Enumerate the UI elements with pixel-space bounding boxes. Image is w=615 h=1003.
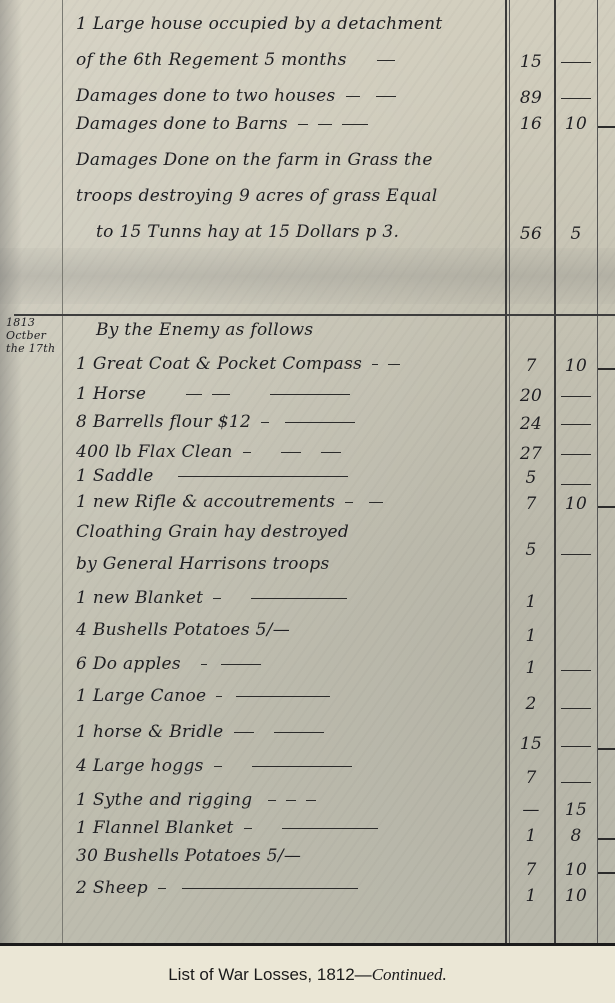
entry-text: 1 Sythe and rigging bbox=[76, 790, 316, 810]
entry-text: troops destroying 9 acres of grass Equal bbox=[76, 186, 438, 206]
entry-text-line: 1 Large Canoe bbox=[76, 686, 206, 706]
entry-text: by General Harrisons troops bbox=[76, 554, 329, 574]
entry-cents bbox=[556, 414, 596, 434]
entry-dollars: 1 bbox=[509, 886, 553, 906]
fold-shadow bbox=[0, 248, 615, 304]
entry-text: Damages Done on the farm in Grass the bbox=[76, 150, 433, 170]
entry-cents bbox=[556, 474, 596, 494]
continuation-dash bbox=[598, 838, 615, 840]
entry-text: 8 Barrells flour $12 bbox=[76, 412, 355, 432]
entry-text-line: 1 new Rifle & accoutrements bbox=[76, 492, 335, 512]
entry-text: to 15 Tunns hay at 15 Dollars p 3. bbox=[96, 222, 399, 242]
entry-cents: 15 bbox=[556, 800, 596, 820]
margin-date: 1813 Octber the 17th bbox=[6, 316, 62, 355]
entry-text-line: 1 horse & Bridle bbox=[76, 722, 224, 742]
entry-cents: 10 bbox=[556, 356, 596, 376]
entry-dollars: 20 bbox=[509, 386, 553, 406]
entry-dollars: 56 bbox=[509, 224, 553, 244]
entry-dollars: 1 bbox=[509, 626, 553, 646]
entry-text-line: Damages done to Barns bbox=[76, 114, 288, 134]
entry-cents bbox=[556, 698, 596, 718]
entry-text: 400 lb Flax Clean bbox=[76, 442, 341, 462]
entry-dollars: 7 bbox=[509, 860, 553, 880]
continuation-dash bbox=[598, 872, 615, 874]
section-heading: By the Enemy as follows bbox=[96, 320, 313, 340]
entry-text: 1 Large house occupied by a detachment bbox=[76, 14, 443, 34]
entry-text-line: 30 Bushells Potatoes 5/— bbox=[76, 846, 301, 866]
entry-dollars: 24 bbox=[509, 414, 553, 434]
entry-text-line: 4 Large hoggs bbox=[76, 756, 204, 776]
entry-cents: 10 bbox=[556, 886, 596, 906]
entry-text: of the 6th Regement 5 months bbox=[76, 50, 395, 70]
entry-text: 1 Flannel Blanket bbox=[76, 818, 378, 838]
entry-dollars: 5 bbox=[509, 468, 553, 488]
entry-text-line: 1 Great Coat & Pocket Compass bbox=[76, 354, 362, 374]
margin-rule bbox=[62, 0, 63, 943]
entry-text: Cloathing Grain hay destroyed bbox=[76, 522, 349, 542]
margin-date-day: the 17th bbox=[6, 342, 62, 355]
entry-dollars: 89 bbox=[509, 88, 553, 108]
entry-text: 1 Horse bbox=[76, 384, 350, 404]
entry-text-line: 1 Flannel Blanket bbox=[76, 818, 234, 838]
entry-text: 1 horse & Bridle bbox=[76, 722, 324, 742]
entry-cents: 5 bbox=[556, 224, 596, 244]
entry-text-line: 2 Sheep bbox=[76, 878, 148, 898]
entry-text: 1 new Blanket bbox=[76, 588, 347, 608]
entry-dollars: 7 bbox=[509, 768, 553, 788]
entry-text: 1 Saddle bbox=[76, 466, 348, 486]
entry-cents bbox=[556, 660, 596, 680]
entry-text-line: 6 Do apples bbox=[76, 654, 181, 674]
entry-text: Damages done to Barns bbox=[76, 114, 368, 134]
continuation-dash bbox=[598, 506, 615, 508]
entry-dollars: 7 bbox=[509, 356, 553, 376]
entry-text-line: 8 Barrells flour $12 bbox=[76, 412, 251, 432]
entry-dollars: 5 bbox=[509, 540, 553, 560]
entry-text: 6 Do apples bbox=[76, 654, 261, 674]
entry-cents: 10 bbox=[556, 494, 596, 514]
entry-dollars: 2 bbox=[509, 694, 553, 714]
continuation-dash bbox=[598, 126, 615, 128]
entry-text-line: 1 new Blanket bbox=[76, 588, 203, 608]
entry-dollars: 1 bbox=[509, 826, 553, 846]
entry-text: 1 new Rifle & accoutrements bbox=[76, 492, 383, 512]
entry-dollars: 1 bbox=[509, 658, 553, 678]
entry-text-line: 1 Horse bbox=[76, 384, 146, 404]
entry-dollars: 27 bbox=[509, 444, 553, 464]
entry-cents bbox=[556, 772, 596, 792]
entry-text: 4 Bushells Potatoes 5/— bbox=[76, 620, 290, 640]
entry-cents: 10 bbox=[556, 114, 596, 134]
entry-dollars: 1 bbox=[509, 592, 553, 612]
entry-text-line: Damages done to two houses bbox=[76, 86, 336, 106]
entry-text-line: 1 Saddle bbox=[76, 466, 154, 486]
ledger-page: 1 Large house occupied by a detachment o… bbox=[0, 0, 615, 943]
margin-date-month: Octber bbox=[6, 329, 62, 342]
entry-cents bbox=[556, 544, 596, 564]
entry-dollars: — bbox=[509, 800, 553, 820]
entry-dollars: 7 bbox=[509, 494, 553, 514]
entry-text: 2 Sheep bbox=[76, 878, 358, 898]
section-divider bbox=[14, 314, 615, 316]
entry-dollars: 16 bbox=[509, 114, 553, 134]
entry-text-line: 4 Bushells Potatoes 5/— bbox=[76, 620, 290, 640]
caption-continued: Continued. bbox=[372, 965, 447, 985]
entry-cents bbox=[556, 88, 596, 108]
entry-text-line: of the 6th Regement 5 months bbox=[76, 50, 347, 70]
figure-caption: List of War Losses, 1812—Continued. bbox=[0, 946, 615, 1003]
dollar-column-rule bbox=[505, 0, 507, 943]
entry-cents bbox=[556, 736, 596, 756]
right-column-rule bbox=[597, 0, 598, 943]
entry-cents: 8 bbox=[556, 826, 596, 846]
continuation-dash bbox=[598, 748, 615, 750]
entry-cents: 10 bbox=[556, 860, 596, 880]
entry-cents bbox=[556, 52, 596, 72]
entry-cents bbox=[556, 386, 596, 406]
entry-text-line: 1 Sythe and rigging bbox=[76, 790, 252, 810]
margin-date-year: 1813 bbox=[6, 316, 62, 329]
entry-text: 30 Bushells Potatoes 5/— bbox=[76, 846, 301, 866]
caption-main: List of War Losses, 1812— bbox=[168, 965, 371, 985]
entry-cents bbox=[556, 444, 596, 464]
continuation-dash bbox=[598, 368, 615, 370]
entry-text-line: 400 lb Flax Clean bbox=[76, 442, 233, 462]
entry-dollars: 15 bbox=[509, 734, 553, 754]
entry-dollars: 15 bbox=[509, 52, 553, 72]
entry-text: Damages done to two houses bbox=[76, 86, 396, 106]
page-edge-shadow bbox=[0, 0, 22, 943]
entry-text: 4 Large hoggs bbox=[76, 756, 352, 776]
entry-text: 1 Large Canoe bbox=[76, 686, 330, 706]
entry-text: 1 Great Coat & Pocket Compass bbox=[76, 354, 400, 374]
